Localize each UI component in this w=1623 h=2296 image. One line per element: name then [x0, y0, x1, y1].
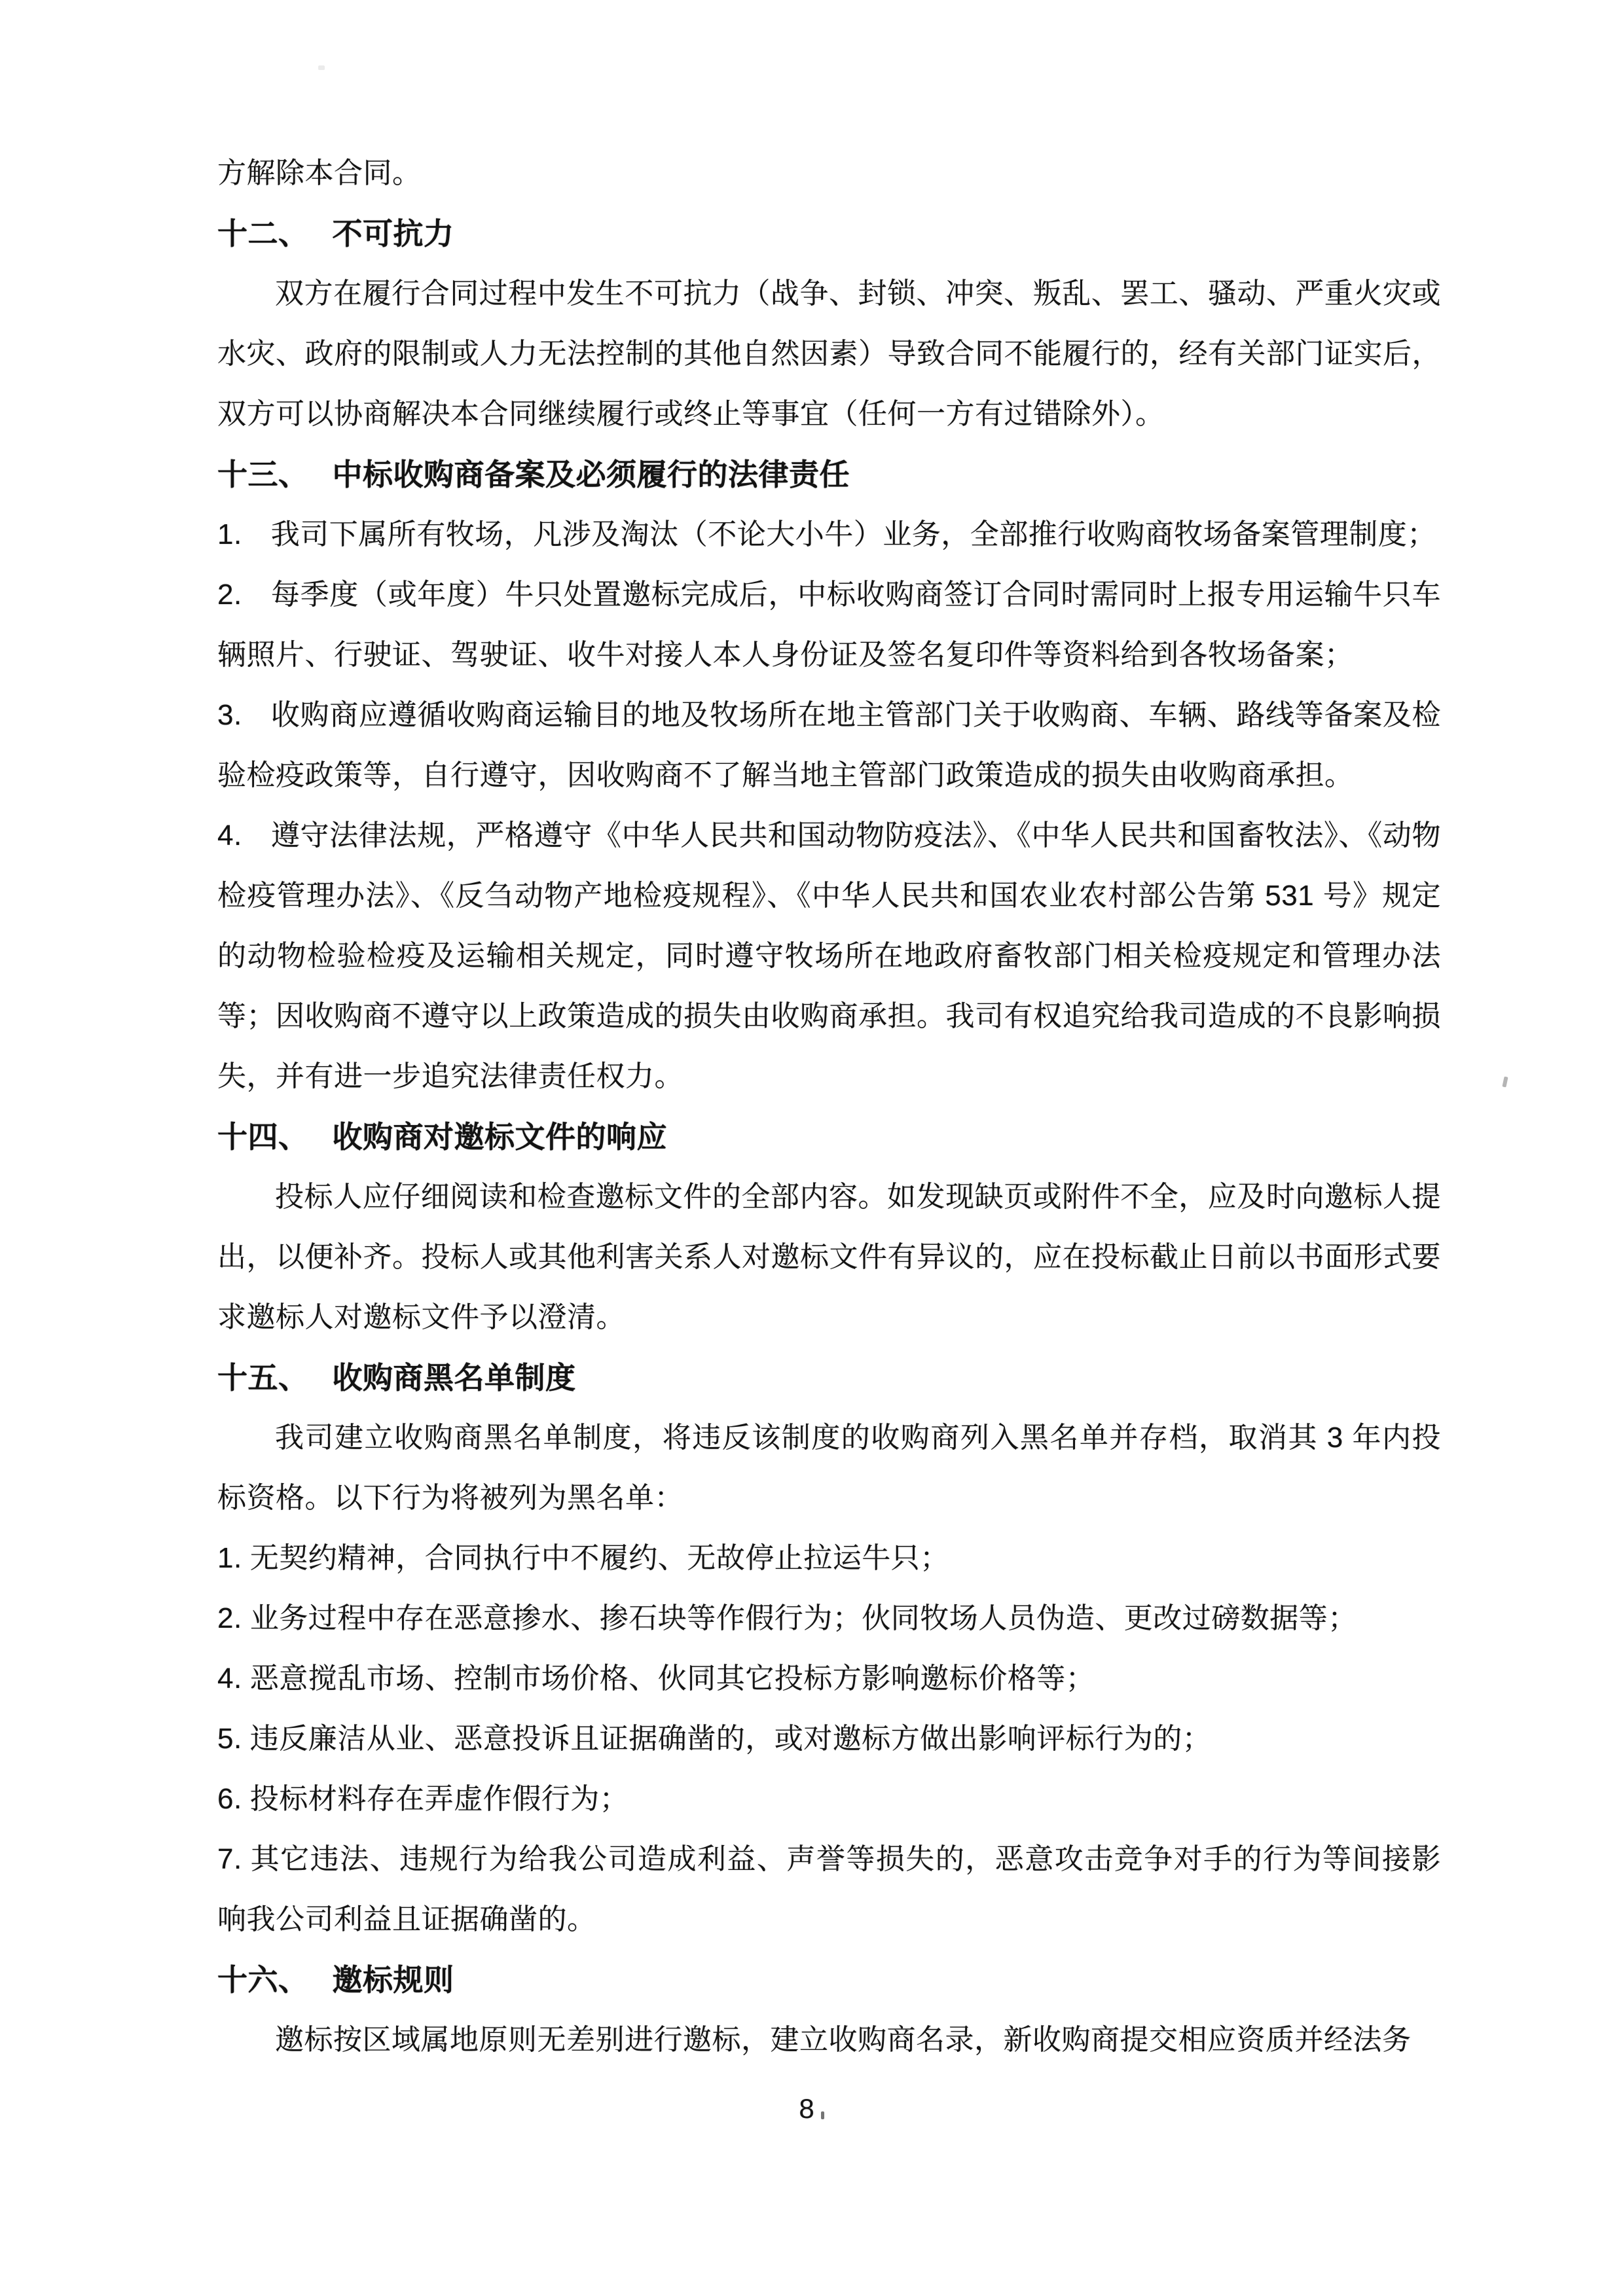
list-item: 2.每季度（或年度）牛只处置邀标完成后，中标收购商签订合同时需同时上报专用运输牛…: [217, 565, 1441, 685]
list-item-marker: 5.: [217, 1723, 242, 1755]
list-item-text: 我司下属所有牧场，凡涉及淘汰（不论大小牛）业务，全部推行收购商牧场备案管理制度；: [271, 518, 1436, 550]
list-item-text: 无契约精神，合同执行中不履约、无故停止拉运牛只；: [250, 1542, 949, 1574]
scan-artifact: [318, 65, 325, 70]
section-heading: 十二、不可抗力: [217, 204, 1441, 264]
document-content: 方解除本合同。十二、不可抗力双方在履行合同过程中发生不可抗力（战争、封锁、冲突、…: [217, 143, 1441, 2070]
list-item-text: 恶意搅乱市场、控制市场价格、伙同其它投标方影响邀标价格等；: [250, 1662, 1095, 1695]
list-item: 1.我司下属所有牧场，凡涉及淘汰（不论大小牛）业务，全部推行收购商牧场备案管理制…: [217, 505, 1441, 565]
list-item: 1.无契约精神，合同执行中不履约、无故停止拉运牛只；: [217, 1528, 1441, 1588]
list-item-marker: 7.: [217, 1843, 242, 1875]
section-number: 十二、: [217, 217, 309, 251]
list-item-text: 其它违法、违规行为给我公司造成利益、声誉等损失的，恶意攻击竞争对手的行为等间接影…: [217, 1843, 1441, 1935]
list-item-text: 每季度（或年度）牛只处置邀标完成后，中标收购商签订合同时需同时上报专用运输牛只车…: [217, 579, 1441, 671]
paragraph: 邀标按区域属地原则无差别进行邀标，建立收购商名录，新收购商提交相应资质并经法务: [217, 2010, 1441, 2070]
section-number: 十四、: [217, 1120, 309, 1154]
list-item-text: 业务过程中存在恶意掺水、掺石块等作假行为；伙同牧场人员伪造、更改过磅数据等；: [250, 1602, 1357, 1634]
list-item-text: 遵守法律法规，严格遵守《中华人民共和国动物防疫法》、《中华人民共和国畜牧法》、《…: [217, 819, 1441, 1092]
scan-artifact: [821, 2111, 824, 2119]
section-title: 收购商对邀标文件的响应: [333, 1120, 668, 1154]
list-item: 3.收购商应遵循收购商运输目的地及牧场所在地主管部门关于收购商、车辆、路线等备案…: [217, 685, 1441, 806]
section-title: 不可抗力: [333, 217, 454, 251]
list-item-text: 违反廉洁从业、恶意投诉且证据确凿的，或对邀标方做出影响评标行为的；: [250, 1723, 1212, 1755]
section-heading: 十四、收购商对邀标文件的响应: [217, 1107, 1441, 1167]
page-footer: 8: [0, 2092, 1623, 2126]
section-title: 邀标规则: [333, 1963, 454, 1997]
list-item: 2.业务过程中存在恶意掺水、掺石块等作假行为；伙同牧场人员伪造、更改过磅数据等；: [217, 1588, 1441, 1649]
list-item-marker: 2.: [217, 579, 242, 611]
scan-artifact: [1502, 1077, 1508, 1088]
section-heading: 十五、收购商黑名单制度: [217, 1348, 1441, 1408]
section-title: 中标收购商备案及必须履行的法律责任: [333, 457, 850, 492]
section-heading: 十三、中标收购商备案及必须履行的法律责任: [217, 444, 1441, 505]
list-item-marker: 2.: [217, 1602, 242, 1634]
list-item-marker: 3.: [217, 699, 242, 731]
list-item: 6.投标材料存在弄虚作假行为；: [217, 1769, 1441, 1829]
paragraph: 方解除本合同。: [217, 143, 1441, 204]
list-item-text: 收购商应遵循收购商运输目的地及牧场所在地主管部门关于收购商、车辆、路线等备案及检…: [217, 699, 1441, 791]
list-item: 7.其它违法、违规行为给我公司造成利益、声誉等损失的，恶意攻击竞争对手的行为等间…: [217, 1829, 1441, 1950]
list-item-marker: 6.: [217, 1783, 242, 1815]
document-page: 方解除本合同。十二、不可抗力双方在履行合同过程中发生不可抗力（战争、封锁、冲突、…: [0, 0, 1623, 2296]
paragraph: 我司建立收购商黑名单制度，将违反该制度的收购商列入黑名单并存档，取消其 3 年内…: [217, 1408, 1441, 1528]
section-number: 十三、: [217, 457, 309, 492]
list-item-text: 投标材料存在弄虚作假行为；: [250, 1783, 629, 1815]
page-number: 8: [799, 2093, 814, 2124]
section-heading: 十六、邀标规则: [217, 1950, 1441, 2010]
list-item-marker: 1.: [217, 1542, 242, 1574]
list-item: 4.遵守法律法规，严格遵守《中华人民共和国动物防疫法》、《中华人民共和国畜牧法》…: [217, 806, 1441, 1107]
section-title: 收购商黑名单制度: [333, 1361, 576, 1395]
section-number: 十六、: [217, 1963, 309, 1997]
paragraph: 双方在履行合同过程中发生不可抗力（战争、封锁、冲突、叛乱、罢工、骚动、严重火灾或…: [217, 264, 1441, 444]
list-item-marker: 4.: [217, 819, 242, 852]
section-number: 十五、: [217, 1361, 309, 1395]
list-item-marker: 4.: [217, 1662, 242, 1695]
list-item-marker: 1.: [217, 518, 242, 550]
paragraph: 投标人应仔细阅读和检查邀标文件的全部内容。如发现缺页或附件不全，应及时向邀标人提…: [217, 1167, 1441, 1348]
list-item: 4.恶意搅乱市场、控制市场价格、伙同其它投标方影响邀标价格等；: [217, 1649, 1441, 1709]
list-item: 5.违反廉洁从业、恶意投诉且证据确凿的，或对邀标方做出影响评标行为的；: [217, 1709, 1441, 1769]
